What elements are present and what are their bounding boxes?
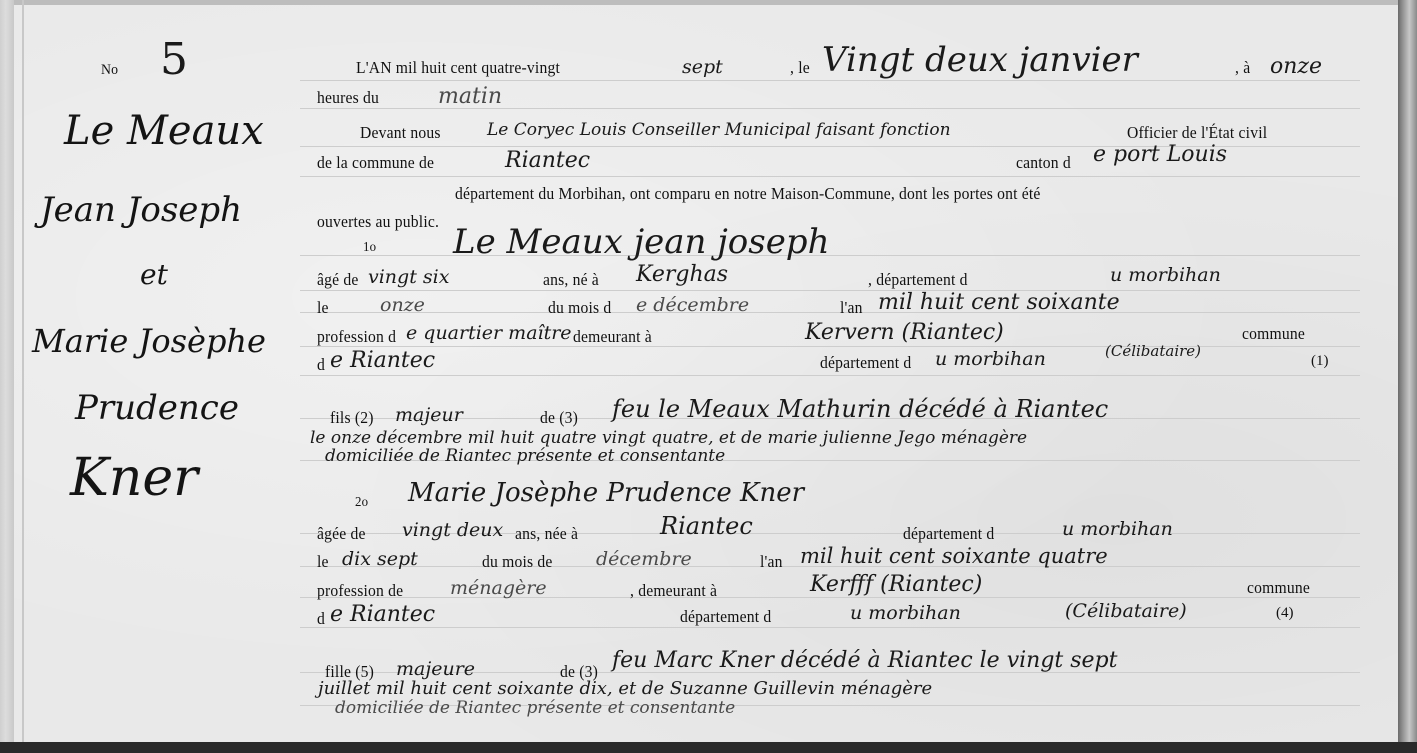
entry-number-label: No xyxy=(101,62,118,79)
hw-groom-residence: Kervern (Riantec) xyxy=(805,320,1004,345)
ruled-line xyxy=(300,627,1360,628)
hw-bride-profession: ménagère xyxy=(450,577,547,599)
bride-index: 2o xyxy=(355,495,368,511)
printed-departement: département d xyxy=(820,353,911,373)
printed-agee-de: âgée de xyxy=(317,524,366,544)
margin-bride-surname: Kner xyxy=(70,448,198,508)
footnote-marker: (1) xyxy=(1311,353,1329,370)
hw-groom-department: u morbihan xyxy=(1110,264,1221,286)
hw-year: sept xyxy=(682,56,723,78)
hw-groom-father: feu le Meaux Mathurin décédé à Riantec xyxy=(612,395,1108,423)
hw-groom-age: vingt six xyxy=(368,266,449,288)
printed-lan: l'an xyxy=(840,298,863,318)
printed-a: , à xyxy=(1235,58,1250,78)
margin-bride-given-names: Marie Josèphe xyxy=(32,322,266,360)
ruled-line xyxy=(300,80,1360,81)
hw-canton: e port Louis xyxy=(1093,142,1227,167)
printed-departement-line: département du Morbihan, ont comparu en … xyxy=(455,184,1041,204)
entry-number: 5 xyxy=(160,34,188,85)
margin-conjunction: et xyxy=(140,258,168,291)
page-binding-edge xyxy=(0,0,14,742)
printed-devant-nous: Devant nous xyxy=(360,123,441,143)
hw-groom-birth-month: e décembre xyxy=(636,294,749,316)
printed-le: le xyxy=(317,552,329,572)
printed-le: le xyxy=(317,298,329,318)
margin-groom-surname: Le Meaux xyxy=(64,108,264,154)
printed-officier-etat-civil: Officier de l'État civil xyxy=(1127,123,1267,143)
ruled-line xyxy=(300,375,1360,376)
margin-bride-given-name-2: Prudence xyxy=(75,388,239,428)
hw-marriage-date: Vingt deux janvier xyxy=(822,40,1138,80)
printed-year-prefix: L'AN mil huit cent quatre-vingt xyxy=(356,58,560,78)
hw-groom-commune: e Riantec xyxy=(330,348,435,373)
hw-groom-name: Le Meaux jean joseph xyxy=(453,222,829,262)
page-right-edge xyxy=(1398,0,1417,742)
printed-fils: fils (2) xyxy=(330,408,374,428)
hw-bride-name: Marie Josèphe Prudence Kner xyxy=(408,478,804,508)
printed-departement: département d xyxy=(903,524,994,544)
printed-le: , le xyxy=(790,58,810,78)
printed-departement: département d xyxy=(680,607,771,627)
printed-canton: canton d xyxy=(1016,153,1071,173)
hw-officer-name: Le Coryec Louis Conseiller Municipal fai… xyxy=(487,120,951,140)
hw-bride-age: vingt deux xyxy=(402,519,503,541)
hw-bride-department-2: u morbihan xyxy=(850,602,961,624)
hw-groom-parents-line-2: le onze décembre mil huit quatre vingt q… xyxy=(310,428,1027,448)
hw-groom-marital-status: (Célibataire) xyxy=(1105,342,1201,360)
printed-commune: commune xyxy=(1242,324,1305,344)
hw-groom-birthplace: Kerghas xyxy=(636,262,728,287)
printed-demeurant: , demeurant à xyxy=(630,581,717,601)
printed-demeurant: demeurant à xyxy=(573,327,652,347)
printed-profession: profession d xyxy=(317,327,396,347)
hw-groom-department-2: u morbihan xyxy=(935,348,1046,370)
hw-bride-birth-day: dix sept xyxy=(342,548,418,570)
hw-bride-parents-line-2: juillet mil huit cent soixante dix, et d… xyxy=(318,678,932,699)
hw-time-of-day: matin xyxy=(438,84,502,109)
hw-bride-father: feu Marc Kner décédé à Riantec le vingt … xyxy=(612,648,1117,673)
hw-groom-profession: e quartier maître xyxy=(406,322,572,344)
printed-ne-a: ans, né à xyxy=(543,270,599,290)
printed-d: d xyxy=(317,609,325,629)
printed-ouvertes-au-public: ouvertes au public. xyxy=(317,212,439,232)
hw-bride-birthplace: Riantec xyxy=(660,512,753,540)
hw-bride-birth-month: décembre xyxy=(596,548,692,570)
printed-heures-du: heures du xyxy=(317,88,379,108)
hw-bride-residence: Kerfff (Riantec) xyxy=(810,572,982,597)
groom-index: 1o xyxy=(363,240,376,256)
hw-hour: onze xyxy=(1270,54,1322,79)
ruled-line xyxy=(300,312,1360,313)
hw-groom-birth-day: onze xyxy=(380,294,425,316)
footnote-marker: (4) xyxy=(1276,605,1294,622)
hw-groom-majority: majeur xyxy=(395,404,463,426)
printed-departement: , département d xyxy=(868,270,968,290)
margin-groom-given-names: Jean Joseph xyxy=(40,190,242,230)
viewer-bottom-bar xyxy=(0,742,1417,753)
hw-bride-majority: majeure xyxy=(396,658,475,680)
hw-bride-birth-year: mil huit cent soixante quatre xyxy=(800,544,1108,568)
printed-commune-de: de la commune de xyxy=(317,153,434,173)
margin-rule xyxy=(22,0,24,742)
hw-groom-birth-year: mil huit cent soixante xyxy=(878,290,1120,315)
printed-profession: profession de xyxy=(317,581,403,601)
printed-lan: l'an xyxy=(760,552,783,572)
hw-bride-parents-line-3: domiciliée de Riantec présente et consen… xyxy=(335,698,735,718)
page-top-border xyxy=(0,0,1398,5)
hw-groom-parents-line-3: domiciliée de Riantec présente et consen… xyxy=(325,446,725,466)
printed-commune: commune xyxy=(1247,578,1310,598)
hw-bride-marital-status: (Célibataire) xyxy=(1065,600,1187,622)
printed-du-mois: du mois de xyxy=(482,552,552,572)
printed-d: d xyxy=(317,355,325,375)
hw-commune: Riantec xyxy=(505,148,590,173)
printed-age-de: âgé de xyxy=(317,270,358,290)
ruled-line xyxy=(300,290,1360,291)
printed-nee-a: ans, née à xyxy=(515,524,578,544)
hw-bride-commune: e Riantec xyxy=(330,602,435,627)
register-page: No 5 Le Meaux Jean Joseph et Marie Josèp… xyxy=(0,0,1398,742)
hw-bride-department: u morbihan xyxy=(1062,518,1173,540)
ruled-line xyxy=(300,176,1360,177)
printed-de: de (3) xyxy=(540,408,578,428)
printed-du-mois: du mois d xyxy=(548,298,611,318)
